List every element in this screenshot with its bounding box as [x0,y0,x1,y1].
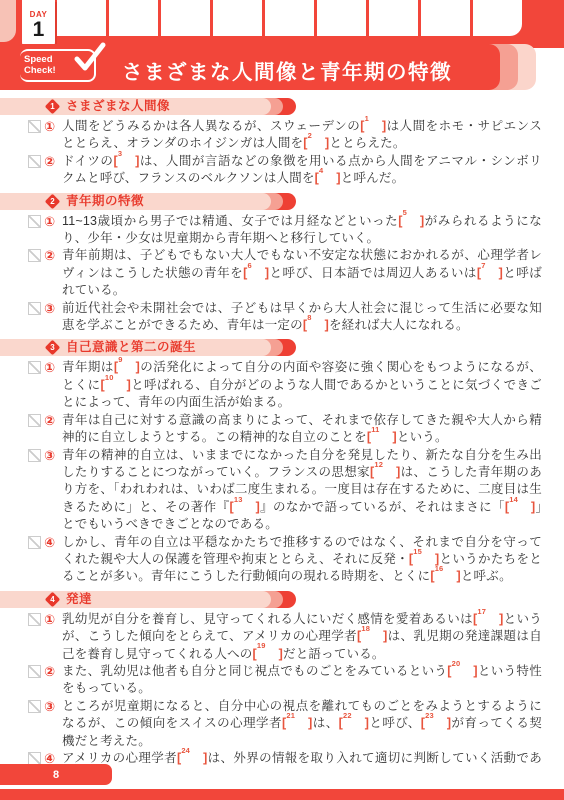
list-item: ① 人間をどうみるかは各人異なるが、スウェーデンの[1]は人間をホモ・サピエンス… [0,118,564,153]
day-number: 1 [33,20,45,40]
slashed-checkbox-icon [28,665,41,678]
day-tab-empty [421,0,470,36]
item-text: 人間をどうみるかは各人異なるが、スウェーデンの[1]は人間をホモ・サピエンスとと… [62,119,542,150]
list-item: ② ドイツの[3]は、人間が言語などの象徴を用いる点から人間をアニマル・シンボリ… [0,153,564,188]
speed-check-badge: Speed Check! [20,49,96,82]
slashed-checkbox-icon [28,414,41,427]
section-header-bar: 1 さまざまな人間像 [0,98,296,115]
section-title: 自己意識と第二の誕生 [66,339,196,356]
answer-blank: [14] [505,500,536,514]
section-number: 1 [47,101,58,112]
item-number: ② [44,412,55,429]
list-item: ① 11~13歳頃から男子では精通、女子では月経などといった[5]がみられるよう… [0,213,564,248]
list-item: ① 乳幼児が自分を養育し、見守ってくれる人にいだく感情を愛着あるいは[17]とい… [0,611,564,663]
slashed-checkbox-icon [28,302,41,315]
answer-blank: [11] [367,430,397,444]
answer-blank: [7] [477,266,503,280]
day-tab-empty [317,0,366,36]
section: 1 さまざまな人間像 ① 人間をどうみるかは各人異なるが、スウェーデンの[1]は… [0,98,564,188]
speed-check-line1: Speed [24,54,56,65]
section: 2 青年期の特徴 ① 11~13歳頃から男子では精通、女子では月経などといった[… [0,193,564,335]
item-text: ところが児童期になると、自分中心の視点を離れてものごとをみようとするようになるが… [62,699,542,748]
item-text: アメリカの心理学者[24]は、外界の情報を取り入れて適切に判断していく活動である [62,751,542,782]
answer-blank: [18] [357,629,388,643]
slashed-checkbox-icon [28,120,41,133]
section: 4 発達 ① 乳幼児が自分を養育し、見守ってくれる人にいだく感情を愛着あるいは[… [0,591,564,785]
section-number: 2 [47,196,58,207]
item-number: ④ [44,534,55,551]
item-number: ② [44,153,55,170]
day-tab: DAY 1 [22,0,55,49]
item-text: 青年は自己に対する意識の高まりによって、それまで依存してきた親や大人から精神的に… [62,413,542,444]
answer-blank: [22] [339,716,370,730]
list-item: ③ ところが児童期になると、自分中心の視点を離れてものごとをみようとするようにな… [0,698,564,750]
answer-blank: [12] [370,465,401,479]
section-title: さまざまな人間像 [66,98,170,115]
list-item: ③ 青年の精神的自立は、いままでになかった自分を発見したり、新たな自分を生み出し… [0,447,564,534]
section-bar-pink [0,591,271,608]
speed-check-line2: Check! [24,65,56,76]
section: 3 自己意識と第二の誕生 ① 青年期は[9]の活発化によって自分の内面や容姿に強… [0,339,564,585]
bottom-bar [0,789,564,800]
page: DAY 1 Speed Check! さまざまな人間像と青年期の特徴 1 [0,0,564,800]
slashed-checkbox-icon [28,700,41,713]
left-pink-stub [0,0,16,42]
list-item: ② また、乳幼児は他者も自分と同じ視点でものごとをみているという[20]という特… [0,663,564,698]
answer-blank: [6] [243,266,269,280]
answer-blank: [20] [447,664,478,678]
answer-blank: [2] [303,136,329,150]
answer-blank: [24] [177,751,208,765]
content: 1 さまざまな人間像 ① 人間をどうみるかは各人異なるが、スウェーデンの[1]は… [0,93,564,785]
day-tab-empty [161,0,210,36]
section-header-bar: 3 自己意識と第二の誕生 [0,339,296,356]
section-number: 3 [47,342,58,353]
answer-blank: [1] [360,119,386,133]
item-number: ① [44,213,55,230]
item-number: ① [44,118,55,135]
list-item: ② 青年は自己に対する意識の高まりによって、それまで依存してきた親や大人から精神… [0,412,564,447]
day-tab-strip [57,0,522,36]
list-item: ③ 前近代社会や未開社会では、子どもは早くから大人社会に混じって生活に必要な知恵… [0,300,564,335]
answer-blank: [9] [114,360,140,374]
page-number: 8 [53,769,59,781]
slashed-checkbox-icon [28,449,41,462]
diamond-number-icon: 2 [45,193,61,209]
section-header-bar: 4 発達 [0,591,296,608]
day-tab-empty [369,0,418,36]
section-header-bar: 2 青年期の特徴 [0,193,296,210]
slashed-checkbox-icon [28,155,41,168]
answer-blank: [23] [421,716,452,730]
answer-blank: [17] [473,612,504,626]
page-title: さまざまな人間像と青年期の特徴 [122,55,452,85]
section-number: 4 [47,594,58,605]
slashed-checkbox-icon [28,249,41,262]
item-text: しかし、青年の自立は平穏なかたちで推移するのではなく、それまで自分を守ってくれた… [62,535,542,584]
slashed-checkbox-icon [28,536,41,549]
item-text: ドイツの[3]は、人間が言語などの象徴を用いる点から人間をアニマル・シンボリクム… [62,154,542,185]
diamond-number-icon: 4 [45,591,61,607]
answer-blank: [4] [315,171,341,185]
item-text: 青年前期は、子どもでもない大人でもない不安定な状態におかれるが、心理学者レヴィン… [62,248,542,297]
slashed-checkbox-icon [28,215,41,228]
section-items: ① 人間をどうみるかは各人異なるが、スウェーデンの[1]は人間をホモ・サピエンス… [0,118,564,188]
answer-blank: [10] [101,378,132,392]
speed-check-label: Speed Check! [24,54,56,76]
item-text: また、乳幼児は他者も自分と同じ視点でものごとをみているという[20]という特性を… [62,664,542,695]
day-tab-empty [57,0,106,36]
slashed-checkbox-icon [28,613,41,626]
day-tab-empty [265,0,314,36]
answer-blank: [5] [398,214,424,228]
item-number: ② [44,247,55,264]
section-items: ① 11~13歳頃から男子では精通、女子では月経などといった[5]がみられるよう… [0,213,564,335]
section-items: ① 青年期は[9]の活発化によって自分の内面や容姿に強く関心をもつようになるが、… [0,359,564,585]
item-number: ② [44,663,55,680]
page-number-badge: 8 [0,764,112,785]
day-tab-empty [473,0,522,36]
diamond-number-icon: 1 [45,99,61,115]
item-number: ③ [44,300,55,317]
answer-blank: [8] [303,318,329,332]
item-number: ① [44,611,55,628]
item-text: 乳幼児が自分を養育し、見守ってくれる人にいだく感情を愛着あるいは[17]というが… [62,612,542,661]
item-text: 前近代社会や未開社会では、子どもは早くから大人社会に混じって生活に必要な知恵を学… [62,301,542,332]
answer-blank: [21] [282,716,313,730]
day-tab-empty [213,0,262,36]
item-number: ③ [44,698,55,715]
item-text: 11~13歳頃から男子では精通、女子では月経などといった[5]がみられるようにな… [62,214,542,245]
day-tab-empty [109,0,158,36]
list-item: ② 青年前期は、子どもでもない大人でもない不安定な状態におかれるが、心理学者レヴ… [0,247,564,299]
answer-blank: [13] [229,500,260,514]
slashed-checkbox-icon [28,361,41,374]
list-item: ④ しかし、青年の自立は平穏なかたちで推移するのではなく、それまで自分を守ってく… [0,534,564,586]
answer-blank: [16] [430,569,461,583]
item-number: ① [44,359,55,376]
item-number: ③ [44,447,55,464]
answer-blank: [19] [253,647,284,661]
item-text: 青年期は[9]の活発化によって自分の内面や容姿に強く関心をもつようになるが、とく… [62,360,542,409]
answer-blank: [3] [113,154,139,168]
section-items: ① 乳幼児が自分を養育し、見守ってくれる人にいだく感情を愛着あるいは[17]とい… [0,611,564,785]
list-item: ① 青年期は[9]の活発化によって自分の内面や容姿に強く関心をもつようになるが、… [0,359,564,411]
title-bar: Speed Check! さまざまな人間像と青年期の特徴 [0,44,500,90]
section-title: 発達 [66,591,92,608]
section-title: 青年期の特徴 [66,193,144,210]
item-text: 青年の精神的自立は、いままでになかった自分を発見したり、新たな自分を生み出したり… [62,448,542,532]
checkmark-icon [71,39,107,75]
